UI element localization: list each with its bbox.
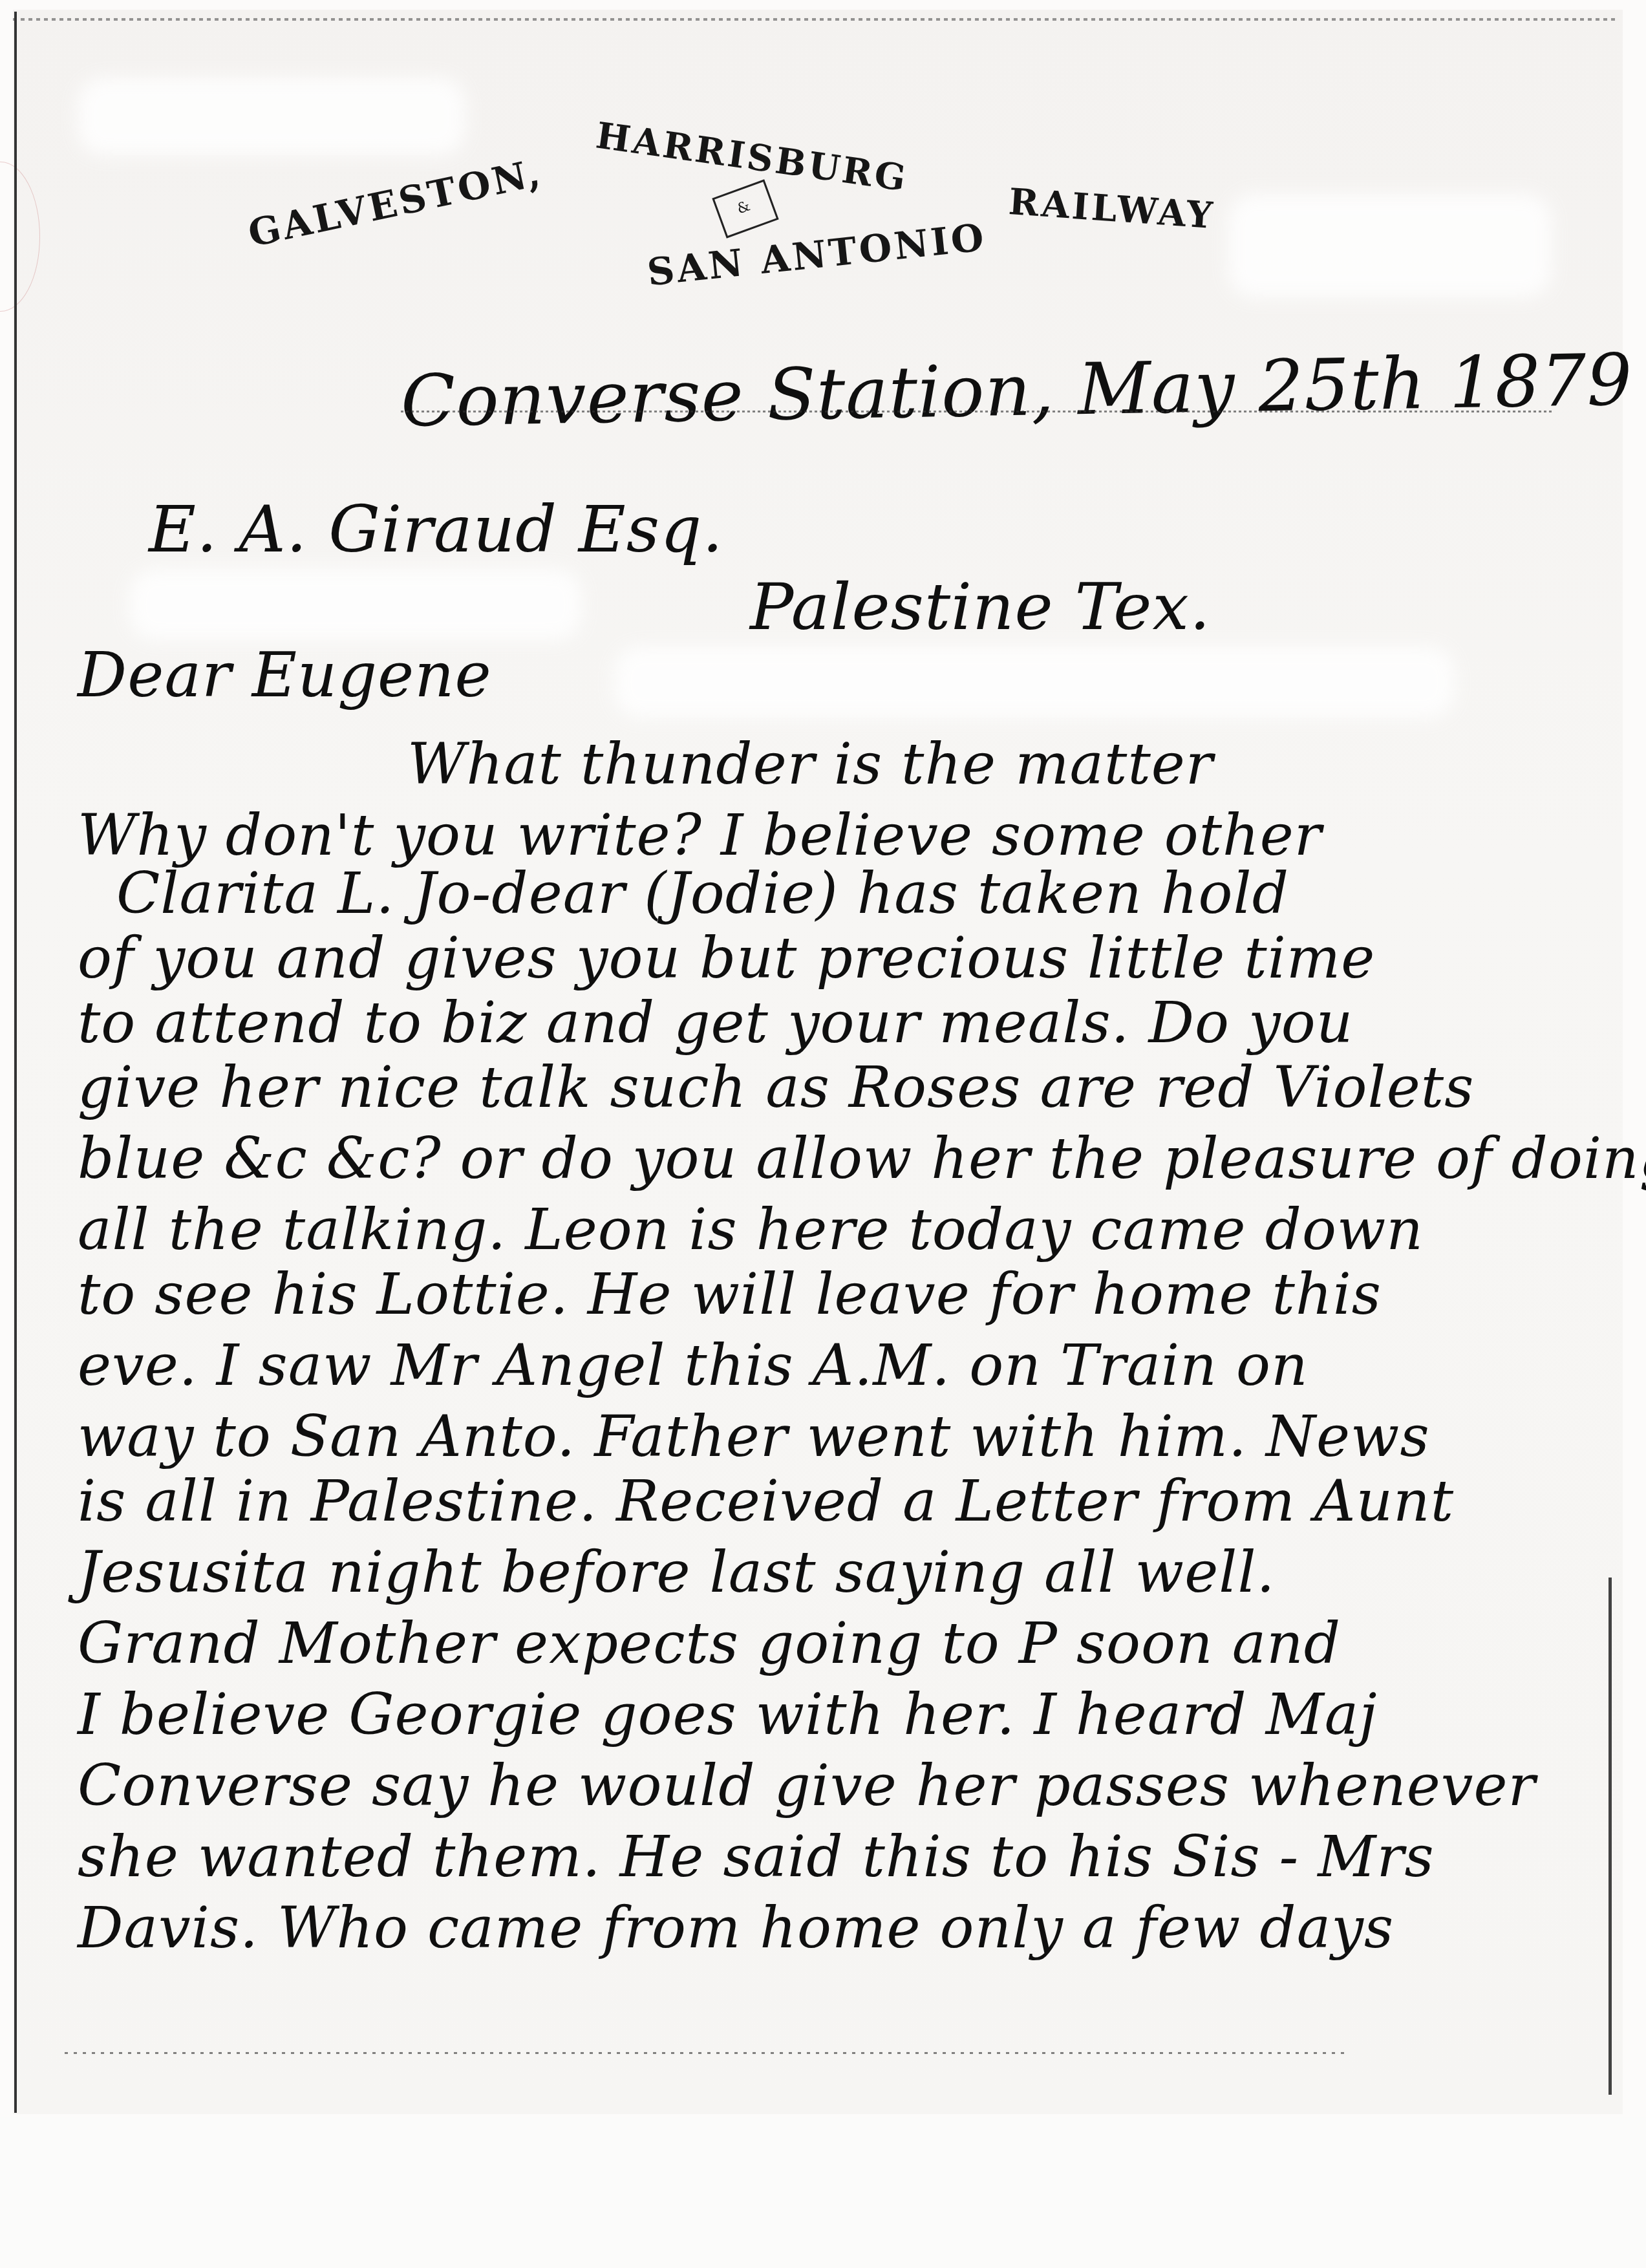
body-line: Clarita L. Jo-dear (Jodie) has taken hol… xyxy=(116,860,1289,926)
railway-letterhead: GALVESTON, HARRISBURG & SAN ANTONIO RAIL… xyxy=(233,129,1396,310)
bottom-dotted-rule xyxy=(65,2052,1345,2054)
body-line: Grand Mother expects going to P soon and xyxy=(78,1610,1341,1676)
right-border-rule xyxy=(1609,1578,1612,2095)
body-line: all the talking. Leon is here today came… xyxy=(78,1196,1424,1263)
body-line: is all in Palestine. Received a Letter f… xyxy=(78,1468,1454,1534)
addressee-name: E. A. Giraud Esq. xyxy=(149,491,723,567)
body-line: What thunder is the matter xyxy=(407,731,1213,797)
top-border-rule xyxy=(13,18,1616,21)
body-line: I believe Georgie goes with her. I heard… xyxy=(78,1681,1378,1748)
letterhead-railway: RAILWAY xyxy=(1007,180,1217,237)
fade-patch xyxy=(129,569,582,640)
letterhead-san-antonio: SAN ANTONIO xyxy=(645,215,989,295)
body-line: eve. I saw Mr Angel this A.M. on Train o… xyxy=(78,1332,1309,1398)
body-line: Davis. Who came from home only a few day… xyxy=(78,1894,1394,1961)
addressee-city: Palestine Tex. xyxy=(750,569,1211,645)
body-line: Converse say he would give her passes wh… xyxy=(78,1752,1536,1819)
salutation: Dear Eugene xyxy=(78,640,492,711)
body-line: way to San Anto. Father went with him. N… xyxy=(78,1403,1430,1470)
body-line: to attend to biz and get your meals. Do … xyxy=(78,989,1353,1056)
body-line: to see his Lottie. He will leave for hom… xyxy=(78,1261,1382,1327)
left-border-rule xyxy=(14,12,17,2113)
dateline-rule xyxy=(401,411,1552,412)
fade-patch xyxy=(614,647,1455,718)
bottom-margin xyxy=(0,2117,1646,2268)
body-line: of you and gives you but precious little… xyxy=(78,925,1375,991)
body-line: give her nice talk such as Roses are red… xyxy=(78,1054,1474,1120)
letterhead-galveston: GALVESTON, xyxy=(244,151,546,256)
railway-monogram-icon: & xyxy=(712,179,778,238)
body-line: Jesusita night before last saying all we… xyxy=(78,1539,1276,1605)
body-line: Why don't you write? I believe some othe… xyxy=(78,802,1322,868)
body-line: she wanted them. He said this to his Sis… xyxy=(78,1823,1435,1890)
body-line: blue &c &c? or do you allow her the plea… xyxy=(78,1125,1646,1192)
